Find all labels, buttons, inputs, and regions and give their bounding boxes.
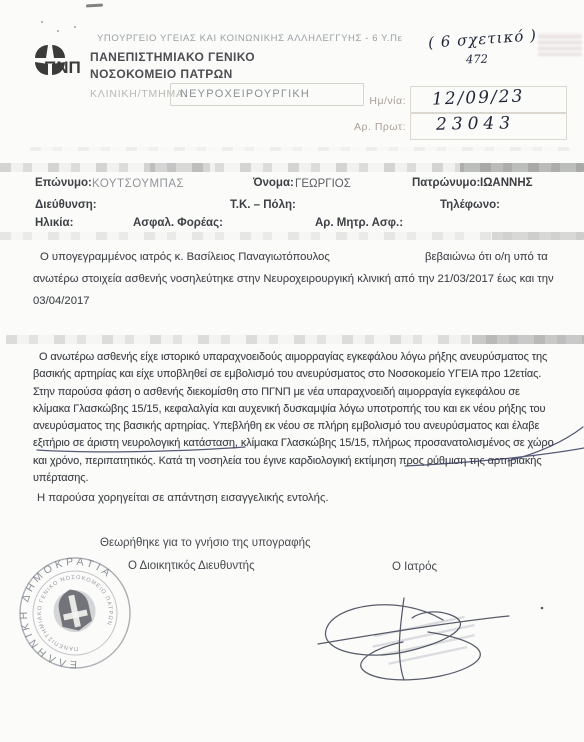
- declaration-line-2: ανωτέρω στοιχεία ασθενής νοσηλεύτηκε στη…: [33, 273, 562, 285]
- firstname-label: Όνομα:: [253, 177, 294, 189]
- phone-label: Τηλέφωνο:: [440, 199, 500, 211]
- body-line: κλίμακα Γλασκώβης 15/15, κεφαλαλγία και …: [33, 401, 581, 418]
- closing-line: Η παρούσα χορηγείται σε απάντηση εισαγγε…: [37, 492, 329, 504]
- clinic-value: ΝΕΥΡΟΧΕΙΡΟΥΡΓΙΚΗ: [180, 88, 310, 100]
- doctor-signature: [308, 592, 560, 690]
- ministry-line: ΥΠΟΥΡΓΕΙΟ ΥΓΕΙΑΣ ΚΑΙ ΚΟΙΝΩΝΙΚΗΣ ΑΛΛΗΛΕΓΓ…: [97, 33, 402, 44]
- hospital-logo: ΠΝΠ: [32, 42, 90, 78]
- scan-band: [0, 163, 584, 172]
- protocol-label: Αρ. Πρωτ:: [344, 121, 406, 133]
- declaration-line-3: 03/04/2017: [33, 295, 562, 307]
- body-paragraph: Ο ανωτέρω ασθενής είχε ιστορικό υπαραχνο…: [33, 349, 581, 487]
- insurance-label: Ασφαλ. Φορέας:: [133, 217, 223, 229]
- firstname-value: ΓΕΩΡΓΙΟΣ: [295, 178, 351, 190]
- protocol-value: 23043: [436, 113, 515, 134]
- body-line: ανευρύσματος της βασικής αρτηρίας. Υπεβλ…: [33, 418, 581, 435]
- declaration-line1-left: Ο υπογεγραμμένος ιατρός κ. Βασίλειος Παν…: [40, 251, 330, 263]
- coat-of-arms-icon: [49, 585, 99, 636]
- signature-stroke: [325, 605, 460, 655]
- age-label: Ηλικία:: [35, 217, 73, 229]
- signature-dot: [541, 607, 544, 610]
- surname-value: ΚΟΥΤΣΟΥΜΠΑΣ: [92, 178, 184, 190]
- scan-artifact-dot: [41, 21, 43, 23]
- admin-director-label: Ο Διοικητικός Διευθυντής: [128, 560, 255, 572]
- body-line: και χρόνο, περιπατητικός. Κατά τη νοσηλε…: [33, 453, 581, 470]
- insurance-reg-label: Αρ. Μητρ. Ασφ.:: [315, 217, 403, 229]
- body-line: βασικής αρτηρίας και είχε υποβληθεί σε ε…: [33, 366, 581, 383]
- postal-city-label: Τ.Κ. – Πόλη:: [230, 199, 296, 211]
- hospital-name-line2: ΝΟΣΟΚΟΜΕΙΟ ΠΑΤΡΩΝ: [90, 67, 233, 81]
- patronym-label: Πατρώνυμο:: [412, 177, 480, 189]
- declaration-line-1: Ο υπογεγραμμένος ιατρός κ. Βασίλειος Παν…: [40, 251, 562, 263]
- date-label: Ημ/νία:: [352, 95, 406, 107]
- hospital-name-line1: ΠΑΝΕΠΙΣΤΗΜΙΑΚΟ ΓΕΝΙΚΟ: [90, 50, 255, 64]
- logo-text: ΠΝΠ: [44, 58, 81, 77]
- scan-band: [30, 147, 570, 151]
- patronym-value: ΙΩΑΝΝΗΣ: [480, 177, 533, 189]
- scan-artifact-dot: [74, 26, 76, 28]
- round-official-stamp: ΕΛΛΗΝΙΚΗ ΔΗΜΟΚΡΑΤΙΑ ΠΑΝΕΠΙΣΤΗΜΙΑΚΟ ΓΕΝΙΚ…: [14, 552, 136, 674]
- faint-stamp-smudge: [538, 32, 582, 56]
- body-line: Στην παρούσα φάση ο ασθενής διεκομίσθη σ…: [33, 384, 581, 401]
- scanned-medical-certificate: ΠΝΠ ΥΠΟΥΡΓΕΙΟ ΥΓΕΙΑΣ ΚΑΙ ΚΟΙΝΩΝΙΚΗΣ ΑΛΛΗ…: [0, 0, 584, 742]
- date-value: 12/09/23: [432, 86, 525, 109]
- doctor-label: Ο Ιατρός: [392, 561, 437, 573]
- handwritten-ref-note: ( 6 σχετικό ): [428, 26, 538, 52]
- scan-band: [0, 232, 584, 240]
- body-line: εξιτήριο σε άριστη νευρολογική κατάσταση…: [33, 435, 581, 452]
- scan-artifact-dot: [57, 30, 59, 32]
- address-label: Διεύθυνση:: [35, 199, 97, 211]
- surname-label: Επώνυμο:: [35, 177, 92, 189]
- body-line: Ο ανωτέρω ασθενής είχε ιστορικό υπαραχνο…: [33, 349, 581, 366]
- signature-stroke: [318, 616, 509, 644]
- certified-note: Θεωρήθηκε για το γνήσιο της υπογραφής: [100, 537, 311, 549]
- handwritten-ref-number: 472: [466, 52, 488, 67]
- scan-band: [6, 335, 584, 344]
- scan-artifact-dash: [86, 4, 103, 8]
- declaration-line1-right: βεβαιώνω ότι ο/η υπό τα: [425, 251, 548, 263]
- body-line: υπέρτασης.: [33, 470, 581, 487]
